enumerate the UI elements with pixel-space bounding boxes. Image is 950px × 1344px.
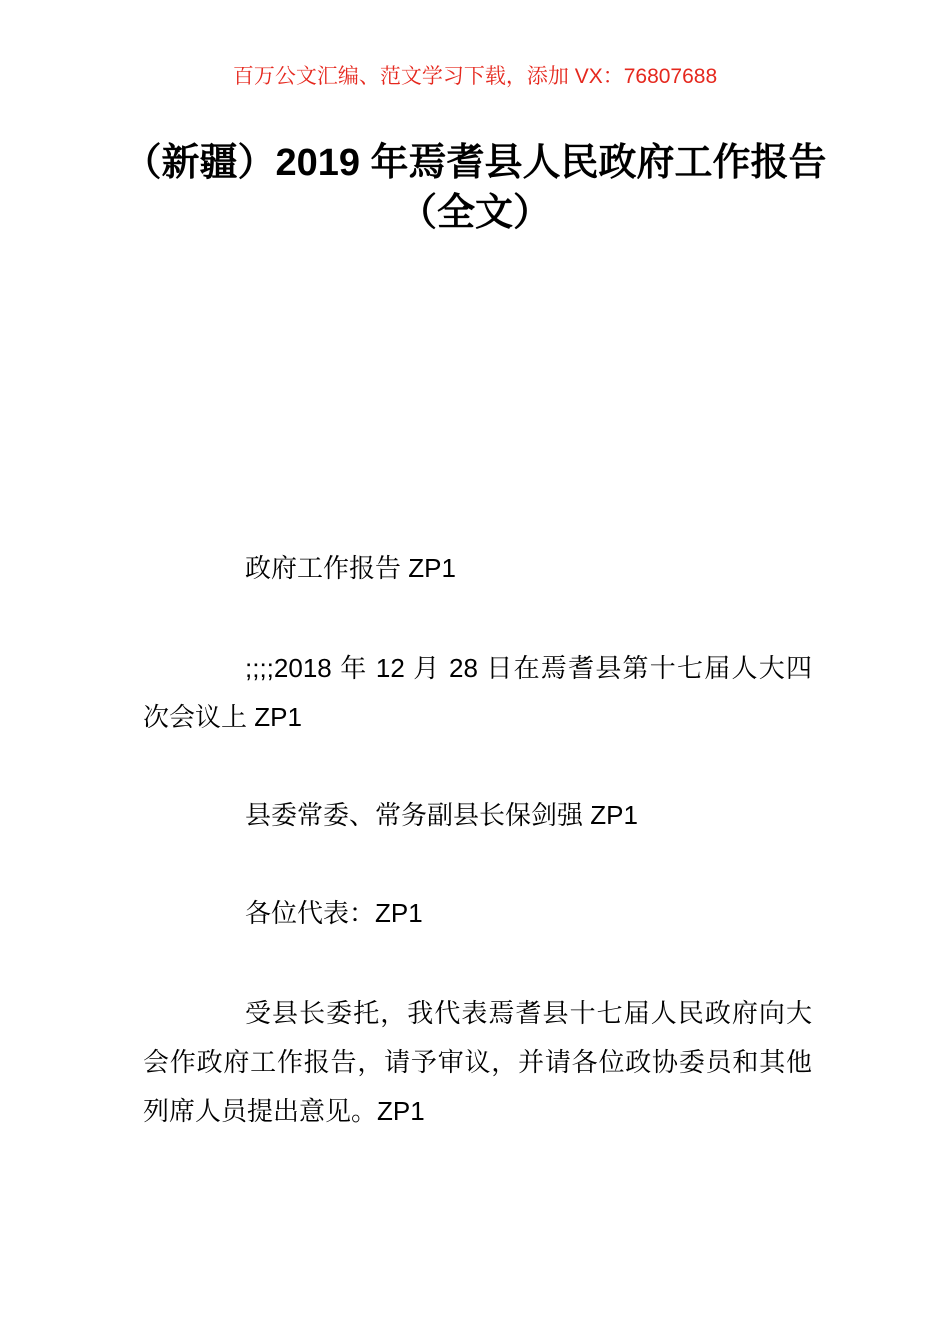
paragraph-introduction: 受县长委托，我代表焉耆县十七届人民政府向大 会作政府工作报告，请予审议，并请各位… — [143, 989, 812, 1136]
text-line: 列席人员提出意见。ZP1 — [143, 1087, 812, 1136]
text-line: 次会议上 ZP1 — [143, 693, 812, 742]
promo-banner-text: 百万公文汇编、范文学习下载，添加 VX：76807688 — [0, 62, 950, 92]
text-line: 政府工作报告 ZP1 — [143, 544, 812, 593]
doc-title-line-1: （新疆）2019 年焉耆县人民政府工作报告 — [0, 138, 950, 188]
text-line: 受县长委托，我代表焉耆县十七届人民政府向大 — [143, 989, 812, 1038]
paragraph-report-heading: 政府工作报告 ZP1 — [143, 544, 812, 593]
doc-title: （新疆）2019 年焉耆县人民政府工作报告 （全文） — [0, 138, 950, 238]
text-line: 各位代表：ZP1 — [143, 889, 812, 938]
document-page: 百万公文汇编、范文学习下载，添加 VX：76807688 （新疆）2019 年焉… — [0, 0, 950, 1344]
text-line: 县委常委、常务副县长保剑强 ZP1 — [143, 791, 812, 840]
paragraph-meeting-date: ;;;;2018 年 12 月 28 日在焉耆县第十七届人大四 次会议上 ZP1 — [143, 644, 812, 742]
paragraph-salutation: 各位代表：ZP1 — [143, 889, 812, 938]
doc-title-line-2: （全文） — [0, 188, 950, 238]
paragraph-speaker: 县委常委、常务副县长保剑强 ZP1 — [143, 791, 812, 840]
text-line: ;;;;2018 年 12 月 28 日在焉耆县第十七届人大四 — [143, 644, 812, 693]
text-line: 会作政府工作报告，请予审议，并请各位政协委员和其他 — [143, 1038, 812, 1087]
